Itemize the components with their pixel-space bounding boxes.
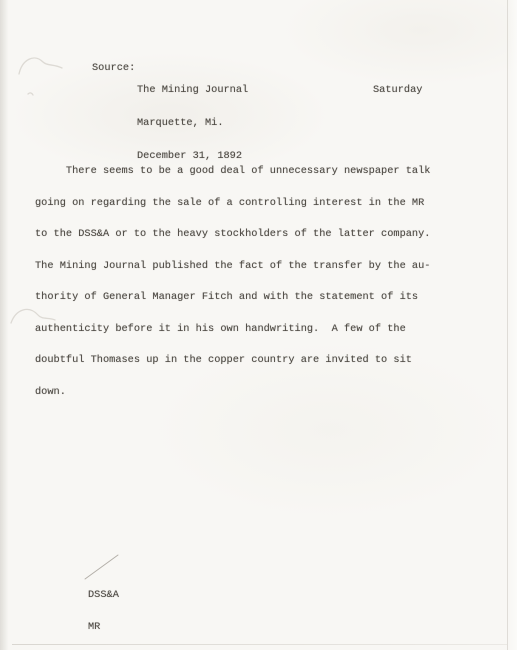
paragraph-line: down.: [35, 387, 430, 398]
page-left-edge-shadow: [0, 0, 10, 650]
source-label: Source:: [92, 63, 135, 74]
source-publication: The Mining Journal: [137, 85, 248, 96]
paragraph-line: The Mining Journal published the fact of…: [35, 261, 430, 272]
staple-impression-top-tail: [28, 93, 33, 95]
paragraph-line: There seems to be a good deal of unneces…: [35, 166, 430, 177]
page-bottom-edge-line: [12, 644, 507, 645]
paragraph-line: going on regarding the sale of a control…: [35, 198, 430, 209]
filing-notation-mr: MR: [88, 622, 119, 633]
staple-impression-top: [19, 58, 62, 74]
article-paragraph: There seems to be a good deal of unneces…: [35, 145, 430, 418]
scanned-document-page: Source: The Mining Journal Marquette, Mi…: [0, 0, 517, 650]
filing-notation: DSS&A MR: [88, 569, 119, 650]
page-right-edge-line: [507, 0, 508, 650]
page-right-margin: [508, 0, 517, 650]
source-location: Marquette, Mi.: [137, 118, 248, 129]
paragraph-line: authenticity before it in his own handwr…: [35, 324, 430, 335]
paragraph-line: doubtful Thomases up in the copper count…: [35, 355, 430, 366]
paragraph-line: thority of General Manager Fitch and wit…: [35, 292, 430, 303]
filing-notation-railroad: DSS&A: [88, 590, 119, 601]
weekday-label: Saturday: [373, 85, 422, 96]
paragraph-line: to the DSS&A or to the heavy stockholder…: [35, 229, 430, 240]
